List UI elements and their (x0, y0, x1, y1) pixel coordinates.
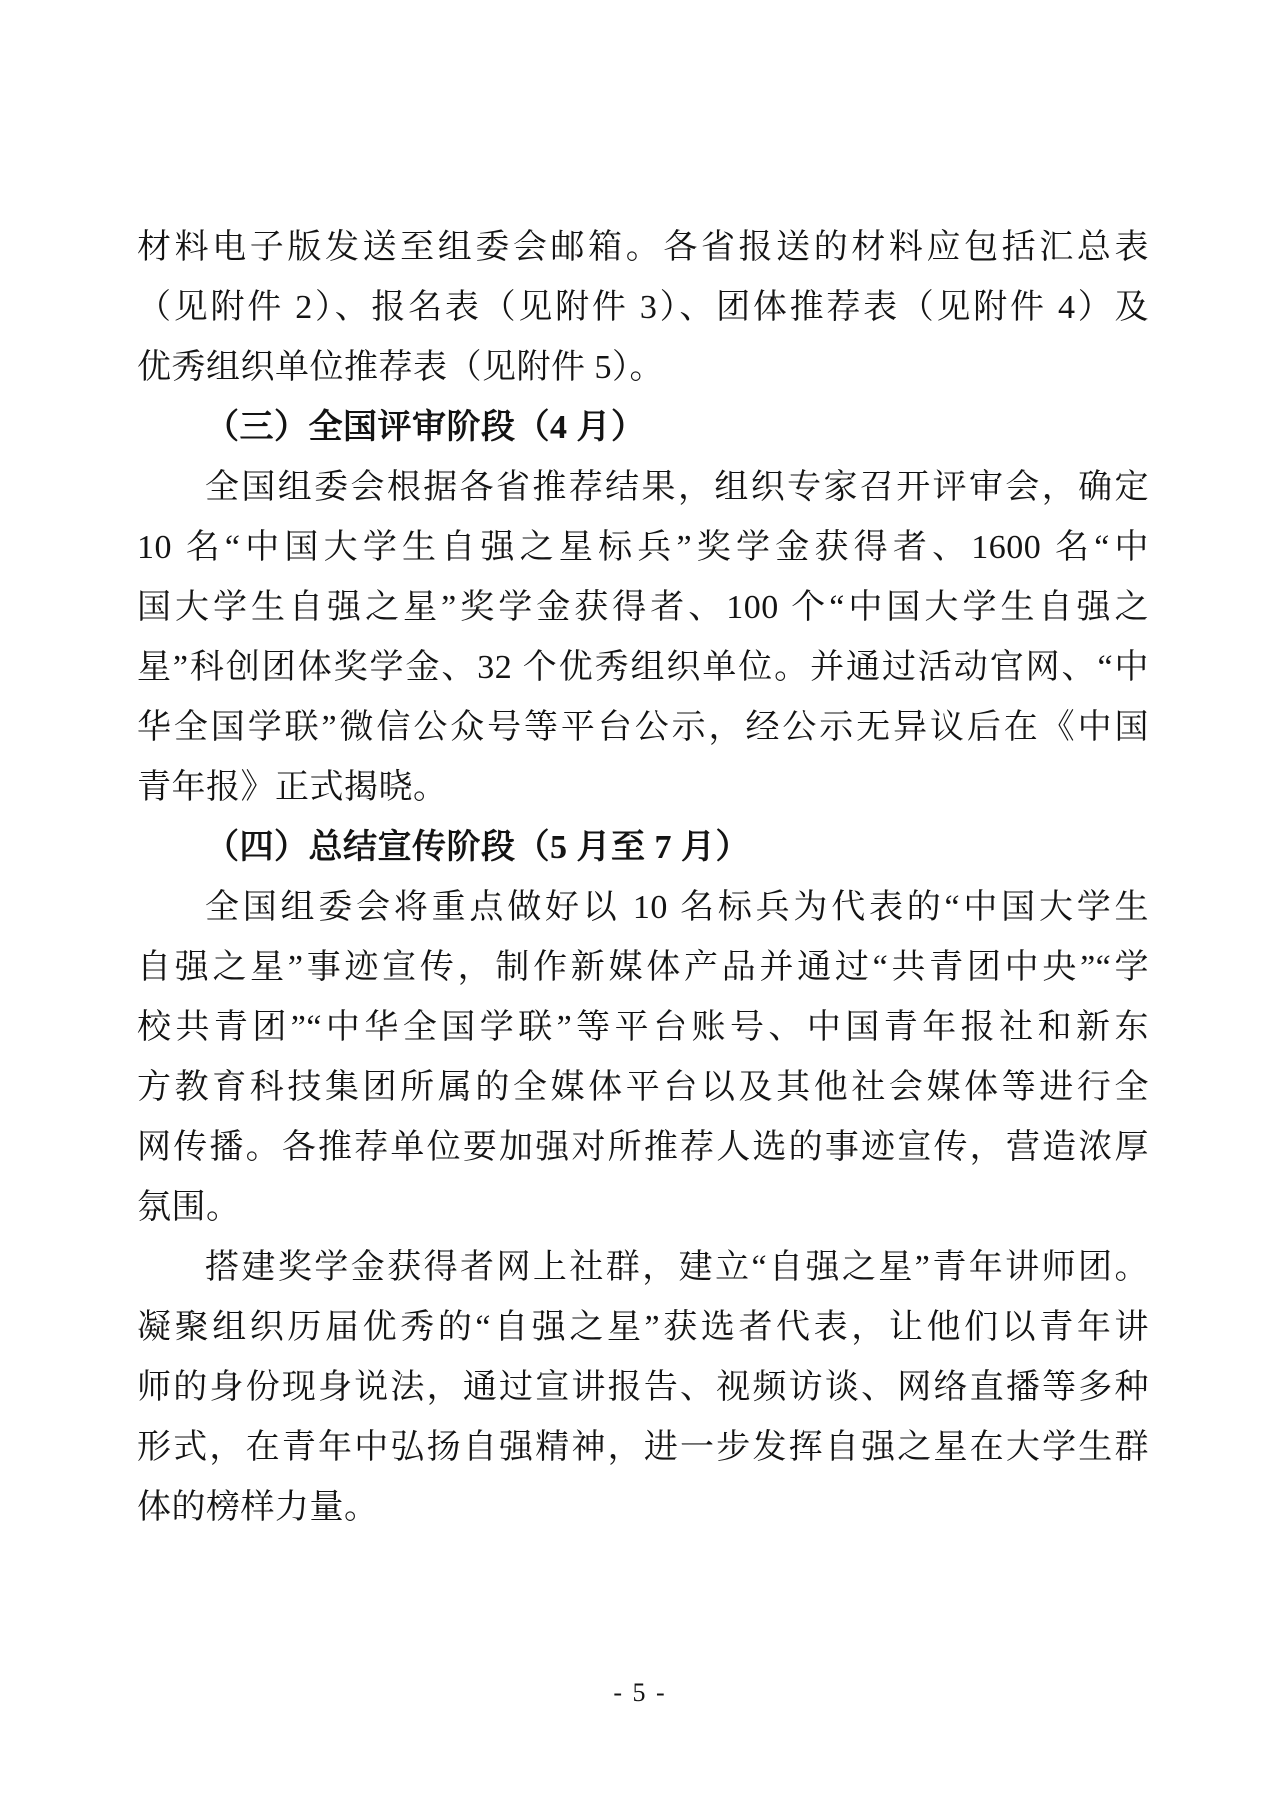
text-line: 自强之星”事迹宣传，制作新媒体产品并通过“共青团中央”“学 (137, 938, 1149, 998)
text-line: 体的榜样力量。 (137, 1478, 1149, 1538)
text-line: 星”科创团体奖学金、32 个优秀组织单位。并通过活动官网、“中 (137, 638, 1149, 698)
text-line: 全国组委会根据各省推荐结果，组织专家召开评审会，确定 (137, 458, 1149, 518)
text-line: 方教育科技集团所属的全媒体平台以及其他社会媒体等进行全 (137, 1058, 1149, 1118)
text-line: 全国组委会将重点做好以 10 名标兵为代表的“中国大学生 (137, 878, 1149, 938)
text-line: 形式，在青年中弘扬自强精神，进一步发挥自强之星在大学生群 (137, 1418, 1149, 1478)
text-line: 搭建奖学金获得者网上社群，建立“自强之星”青年讲师团。 (137, 1238, 1149, 1298)
text-line: 师的身份现身说法，通过宣讲报告、视频访谈、网络直播等多种 (137, 1358, 1149, 1418)
text-line: 华全国学联”微信公众号等平台公示，经公示无异议后在《中国 (137, 698, 1149, 758)
section-heading: （三）全国评审阶段（4 月） (137, 398, 1149, 458)
text-line: 国大学生自强之星”奖学金获得者、100 个“中国大学生自强之 (137, 578, 1149, 638)
text-line: 氛围。 (137, 1178, 1149, 1238)
text-line: 材料电子版发送至组委会邮箱。各省报送的材料应包括汇总表 (137, 218, 1149, 278)
text-line: 网传播。各推荐单位要加强对所推荐人选的事迹宣传，营造浓厚 (137, 1118, 1149, 1178)
page-number: - 5 - (0, 1676, 1280, 1710)
document-page: 材料电子版发送至组委会邮箱。各省报送的材料应包括汇总表（见附件 2）、报名表（见… (0, 0, 1280, 1810)
document-body: 材料电子版发送至组委会邮箱。各省报送的材料应包括汇总表（见附件 2）、报名表（见… (137, 218, 1149, 1538)
text-line: （见附件 2）、报名表（见附件 3）、团体推荐表（见附件 4）及 (137, 278, 1149, 338)
text-line: 优秀组织单位推荐表（见附件 5）。 (137, 338, 1149, 398)
text-line: 青年报》正式揭晓。 (137, 758, 1149, 818)
section-heading: （四）总结宣传阶段（5 月至 7 月） (137, 818, 1149, 878)
text-line: 10 名“中国大学生自强之星标兵”奖学金获得者、1600 名“中 (137, 518, 1149, 578)
text-line: 凝聚组织历届优秀的“自强之星”获选者代表，让他们以青年讲 (137, 1298, 1149, 1358)
text-line: 校共青团”“中华全国学联”等平台账号、中国青年报社和新东 (137, 998, 1149, 1058)
